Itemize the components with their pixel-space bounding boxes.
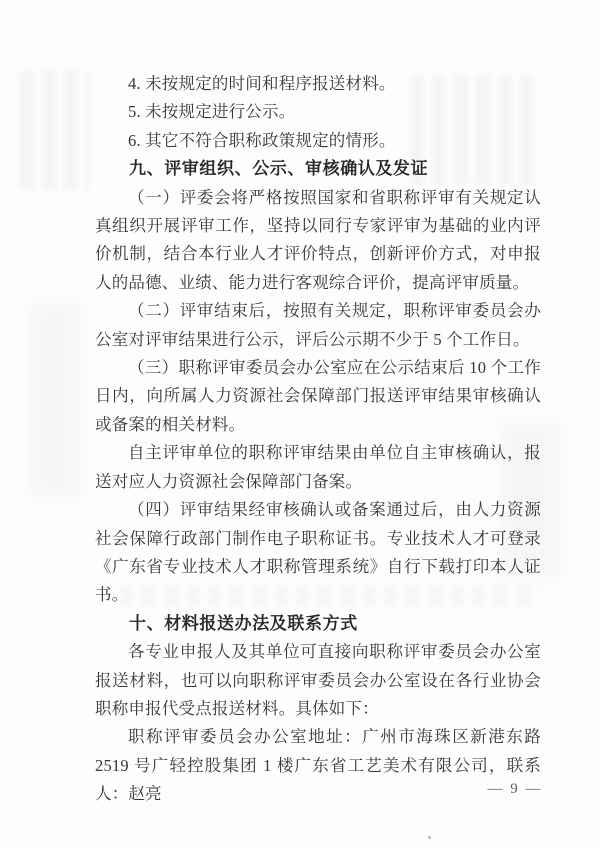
section-heading: 十、材料报送办法及联系方式: [95, 610, 541, 638]
paragraph: 各专业申报人及其单位可直接向职称评审委员会办公室报送材料，也可以向职称评审委员会…: [95, 638, 541, 723]
document-content: 4. 未按规定的时间和程序报送材料。 5. 未按规定进行公示。 6. 其它不符合…: [95, 70, 541, 809]
list-item: 4. 未按规定的时间和程序报送材料。: [95, 70, 541, 98]
paragraph: （一）评委会将严格按照国家和省职称评审有关规定认真组织开展评审工作，坚持以同行专…: [95, 184, 541, 298]
scanned-document-page: 4. 未按规定的时间和程序报送材料。 5. 未按规定进行公示。 6. 其它不符合…: [0, 0, 600, 848]
scan-artifact: [20, 70, 90, 190]
paragraph: （四）评审结果经审核确认或备案通过后，由人力资源社会保障行政部门制作电子职称证书…: [95, 496, 541, 610]
paragraph: 自主评审单位的职称评审结果由单位自主审核确认，报送对应人力资源社会保障部门备案。: [95, 439, 541, 496]
list-item: 6. 其它不符合职称政策规定的情形。: [95, 127, 541, 155]
paragraph: （二）评审结束后，按照有关规定，职称评审委员会办公室对评审结果进行公示，评后公示…: [95, 297, 541, 354]
scan-artifact: [30, 300, 80, 500]
paragraph: （三）职称评审委员会办公室应在公示结束后 10 个工作日内，向所属人力资源社会保…: [95, 354, 541, 439]
page-number: — 9 —: [460, 781, 570, 798]
scan-speck: [428, 836, 431, 839]
section-heading: 九、评审组织、公示、审核确认及发证: [95, 155, 541, 183]
list-item: 5. 未按规定进行公示。: [95, 98, 541, 126]
